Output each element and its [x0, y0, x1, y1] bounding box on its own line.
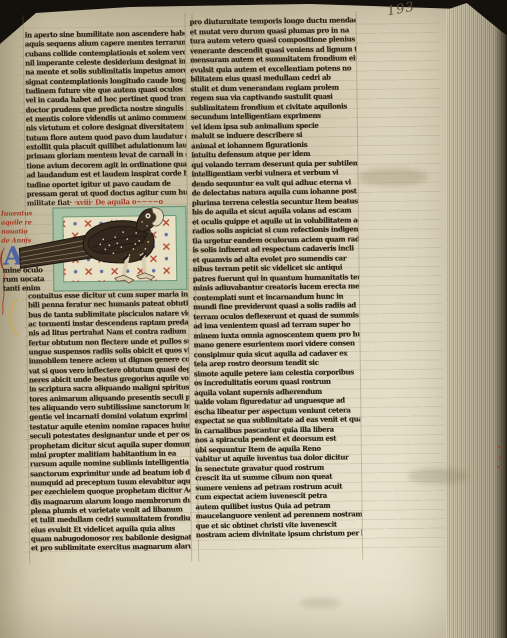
text-line: et pro sublimitate exercitus magnarum al… [31, 542, 191, 553]
fore-edge-red-speck [497, 466, 500, 468]
text-line: expectat se qua sublimitate ad eas venit… [194, 414, 360, 426]
fore-edge-red-speck [498, 446, 501, 448]
show-through-smudge [300, 598, 340, 608]
written-area: in aperto sine humilitate non ascendere … [0, 0, 464, 638]
left-column-upper-text: in aperto sine humilitate non ascendere … [25, 28, 187, 198]
ochre-pen-mark [6, 297, 20, 337]
right-column-text: pro diuturnitate temporis longo ductu me… [190, 15, 362, 539]
fore-edge-red-speck [499, 456, 502, 458]
manuscript-photo: 193 in aperto sine humilitate non ascend… [0, 0, 507, 638]
show-through-smudge [358, 168, 428, 186]
eagle-miniature-illustration [43, 204, 190, 292]
text-line: maucelanguore venient ad perennem nostra… [196, 509, 362, 521]
eagle-miniature-svg [43, 204, 190, 292]
text-line: vabitur ut aquile iuventus tua dolor dic… [195, 452, 361, 464]
show-through-smudge [408, 468, 468, 484]
text-line: nos a spiracula pendent et deorsum est [195, 433, 361, 445]
left-column-lower-text: contuitus esse dicitur ut cum super mari… [28, 289, 191, 553]
text-line: nostram aciem divinitate ipsum christum … [196, 528, 362, 540]
